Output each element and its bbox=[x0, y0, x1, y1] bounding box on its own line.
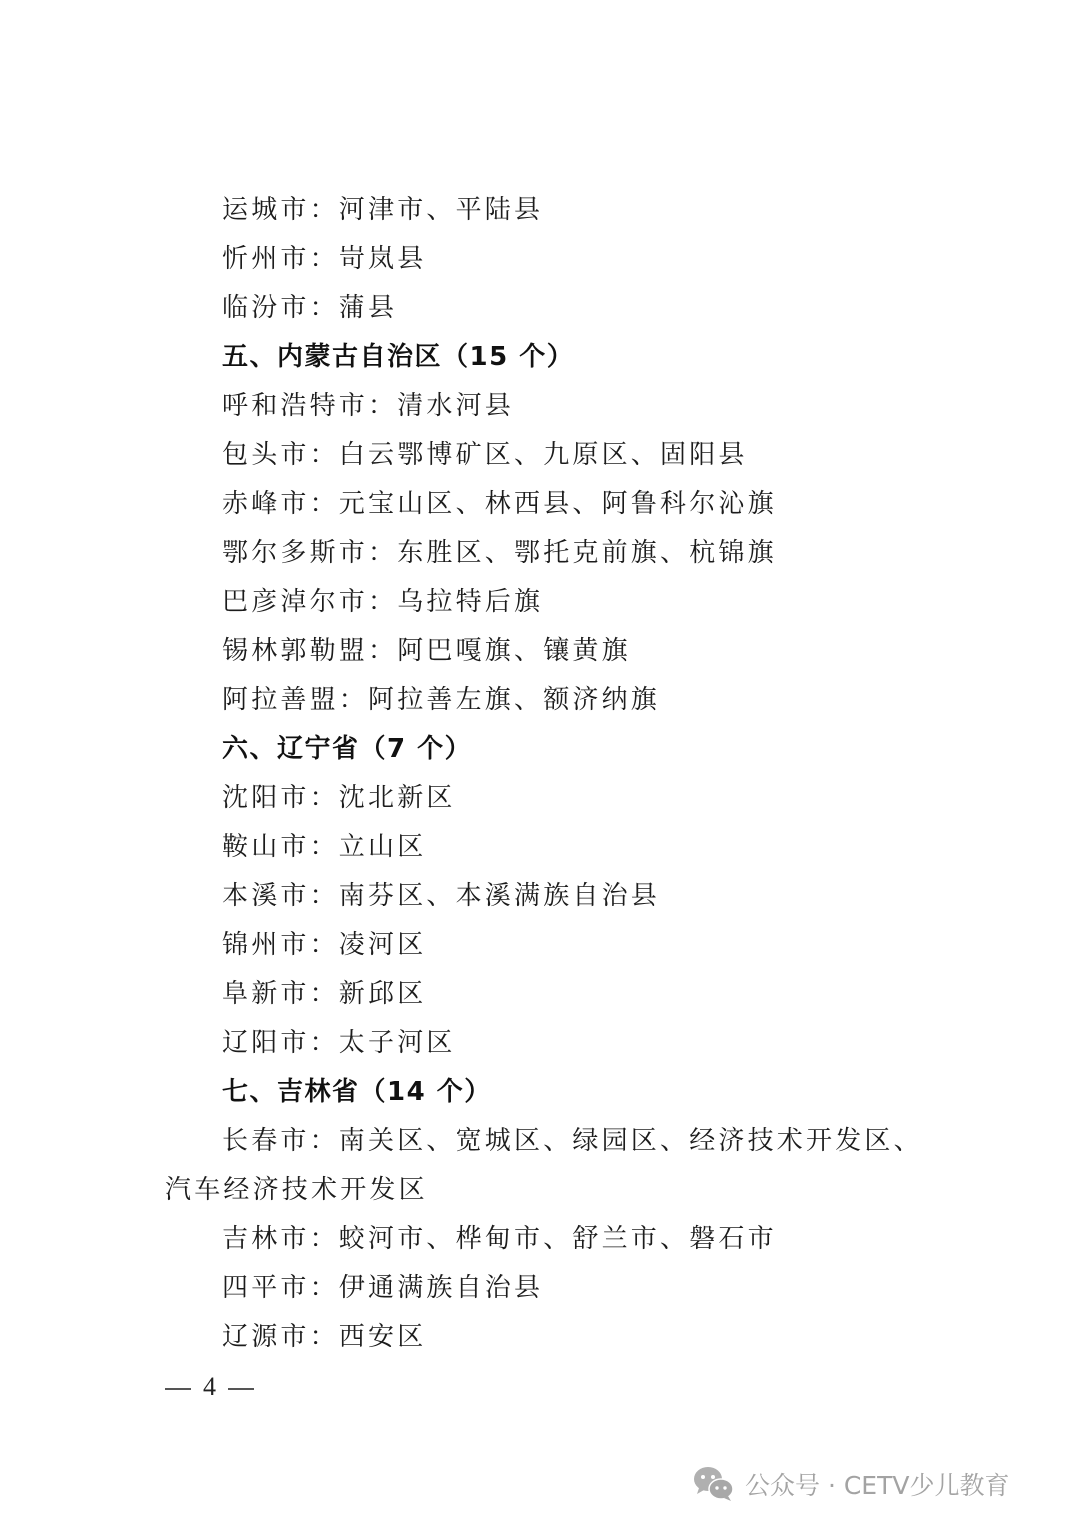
section-heading-inner-mongolia: 五、内蒙古自治区（15 个） bbox=[222, 340, 574, 374]
dash-left bbox=[165, 1388, 191, 1390]
entry-liaoyuan: 辽源市：西安区 bbox=[222, 1320, 426, 1354]
wechat-icon bbox=[693, 1466, 735, 1502]
entry-changchun: 长春市：南关区、宽城区、绿园区、经济技术开发区、 bbox=[222, 1124, 923, 1158]
entry-siping: 四平市：伊通满族自治县 bbox=[222, 1271, 543, 1305]
entry-yuncheng: 运城市：河津市、平陆县 bbox=[222, 193, 543, 227]
watermark: 公众号 · CETV少儿教育 bbox=[693, 1466, 1009, 1502]
watermark-text: 公众号 · CETV少儿教育 bbox=[745, 1466, 1009, 1502]
entry-ordos: 鄂尔多斯市：东胜区、鄂托克前旗、杭锦旗 bbox=[222, 536, 777, 570]
entry-jilin-city: 吉林市：蛟河市、桦甸市、舒兰市、磐石市 bbox=[222, 1222, 777, 1256]
entry-linfen: 临汾市：蒲县 bbox=[222, 291, 397, 325]
entry-benxi: 本溪市：南芬区、本溪满族自治县 bbox=[222, 879, 660, 913]
entry-alxa: 阿拉善盟：阿拉善左旗、额济纳旗 bbox=[222, 683, 660, 717]
entry-jinzhou: 锦州市：凌河区 bbox=[222, 928, 426, 962]
entry-xilingol: 锡林郭勒盟：阿巴嘎旗、镶黄旗 bbox=[222, 634, 631, 668]
entry-liaoyang: 辽阳市：太子河区 bbox=[222, 1026, 456, 1060]
dash-right bbox=[228, 1388, 254, 1390]
page-number: 4 bbox=[165, 1372, 254, 1402]
entry-fuxin: 阜新市：新邱区 bbox=[222, 977, 426, 1011]
document-page: 运城市：河津市、平陆县 忻州市：岢岚县 临汾市：蒲县 五、内蒙古自治区（15 个… bbox=[0, 0, 1080, 1527]
section-heading-liaoning: 六、辽宁省（7 个） bbox=[222, 732, 472, 766]
entry-hohhot: 呼和浩特市：清水河县 bbox=[222, 389, 514, 423]
entry-baotou: 包头市：白云鄂博矿区、九原区、固阳县 bbox=[222, 438, 748, 472]
entry-xinzhou: 忻州市：岢岚县 bbox=[222, 242, 426, 276]
entry-anshan: 鞍山市：立山区 bbox=[222, 830, 426, 864]
section-heading-jilin: 七、吉林省（14 个） bbox=[222, 1075, 492, 1109]
entry-changchun-continued: 汽车经济技术开发区 bbox=[165, 1173, 428, 1207]
entry-shenyang: 沈阳市：沈北新区 bbox=[222, 781, 456, 815]
entry-bayannur: 巴彦淖尔市：乌拉特后旗 bbox=[222, 585, 543, 619]
page-number-value: 4 bbox=[203, 1372, 216, 1401]
entry-chifeng: 赤峰市：元宝山区、林西县、阿鲁科尔沁旗 bbox=[222, 487, 777, 521]
